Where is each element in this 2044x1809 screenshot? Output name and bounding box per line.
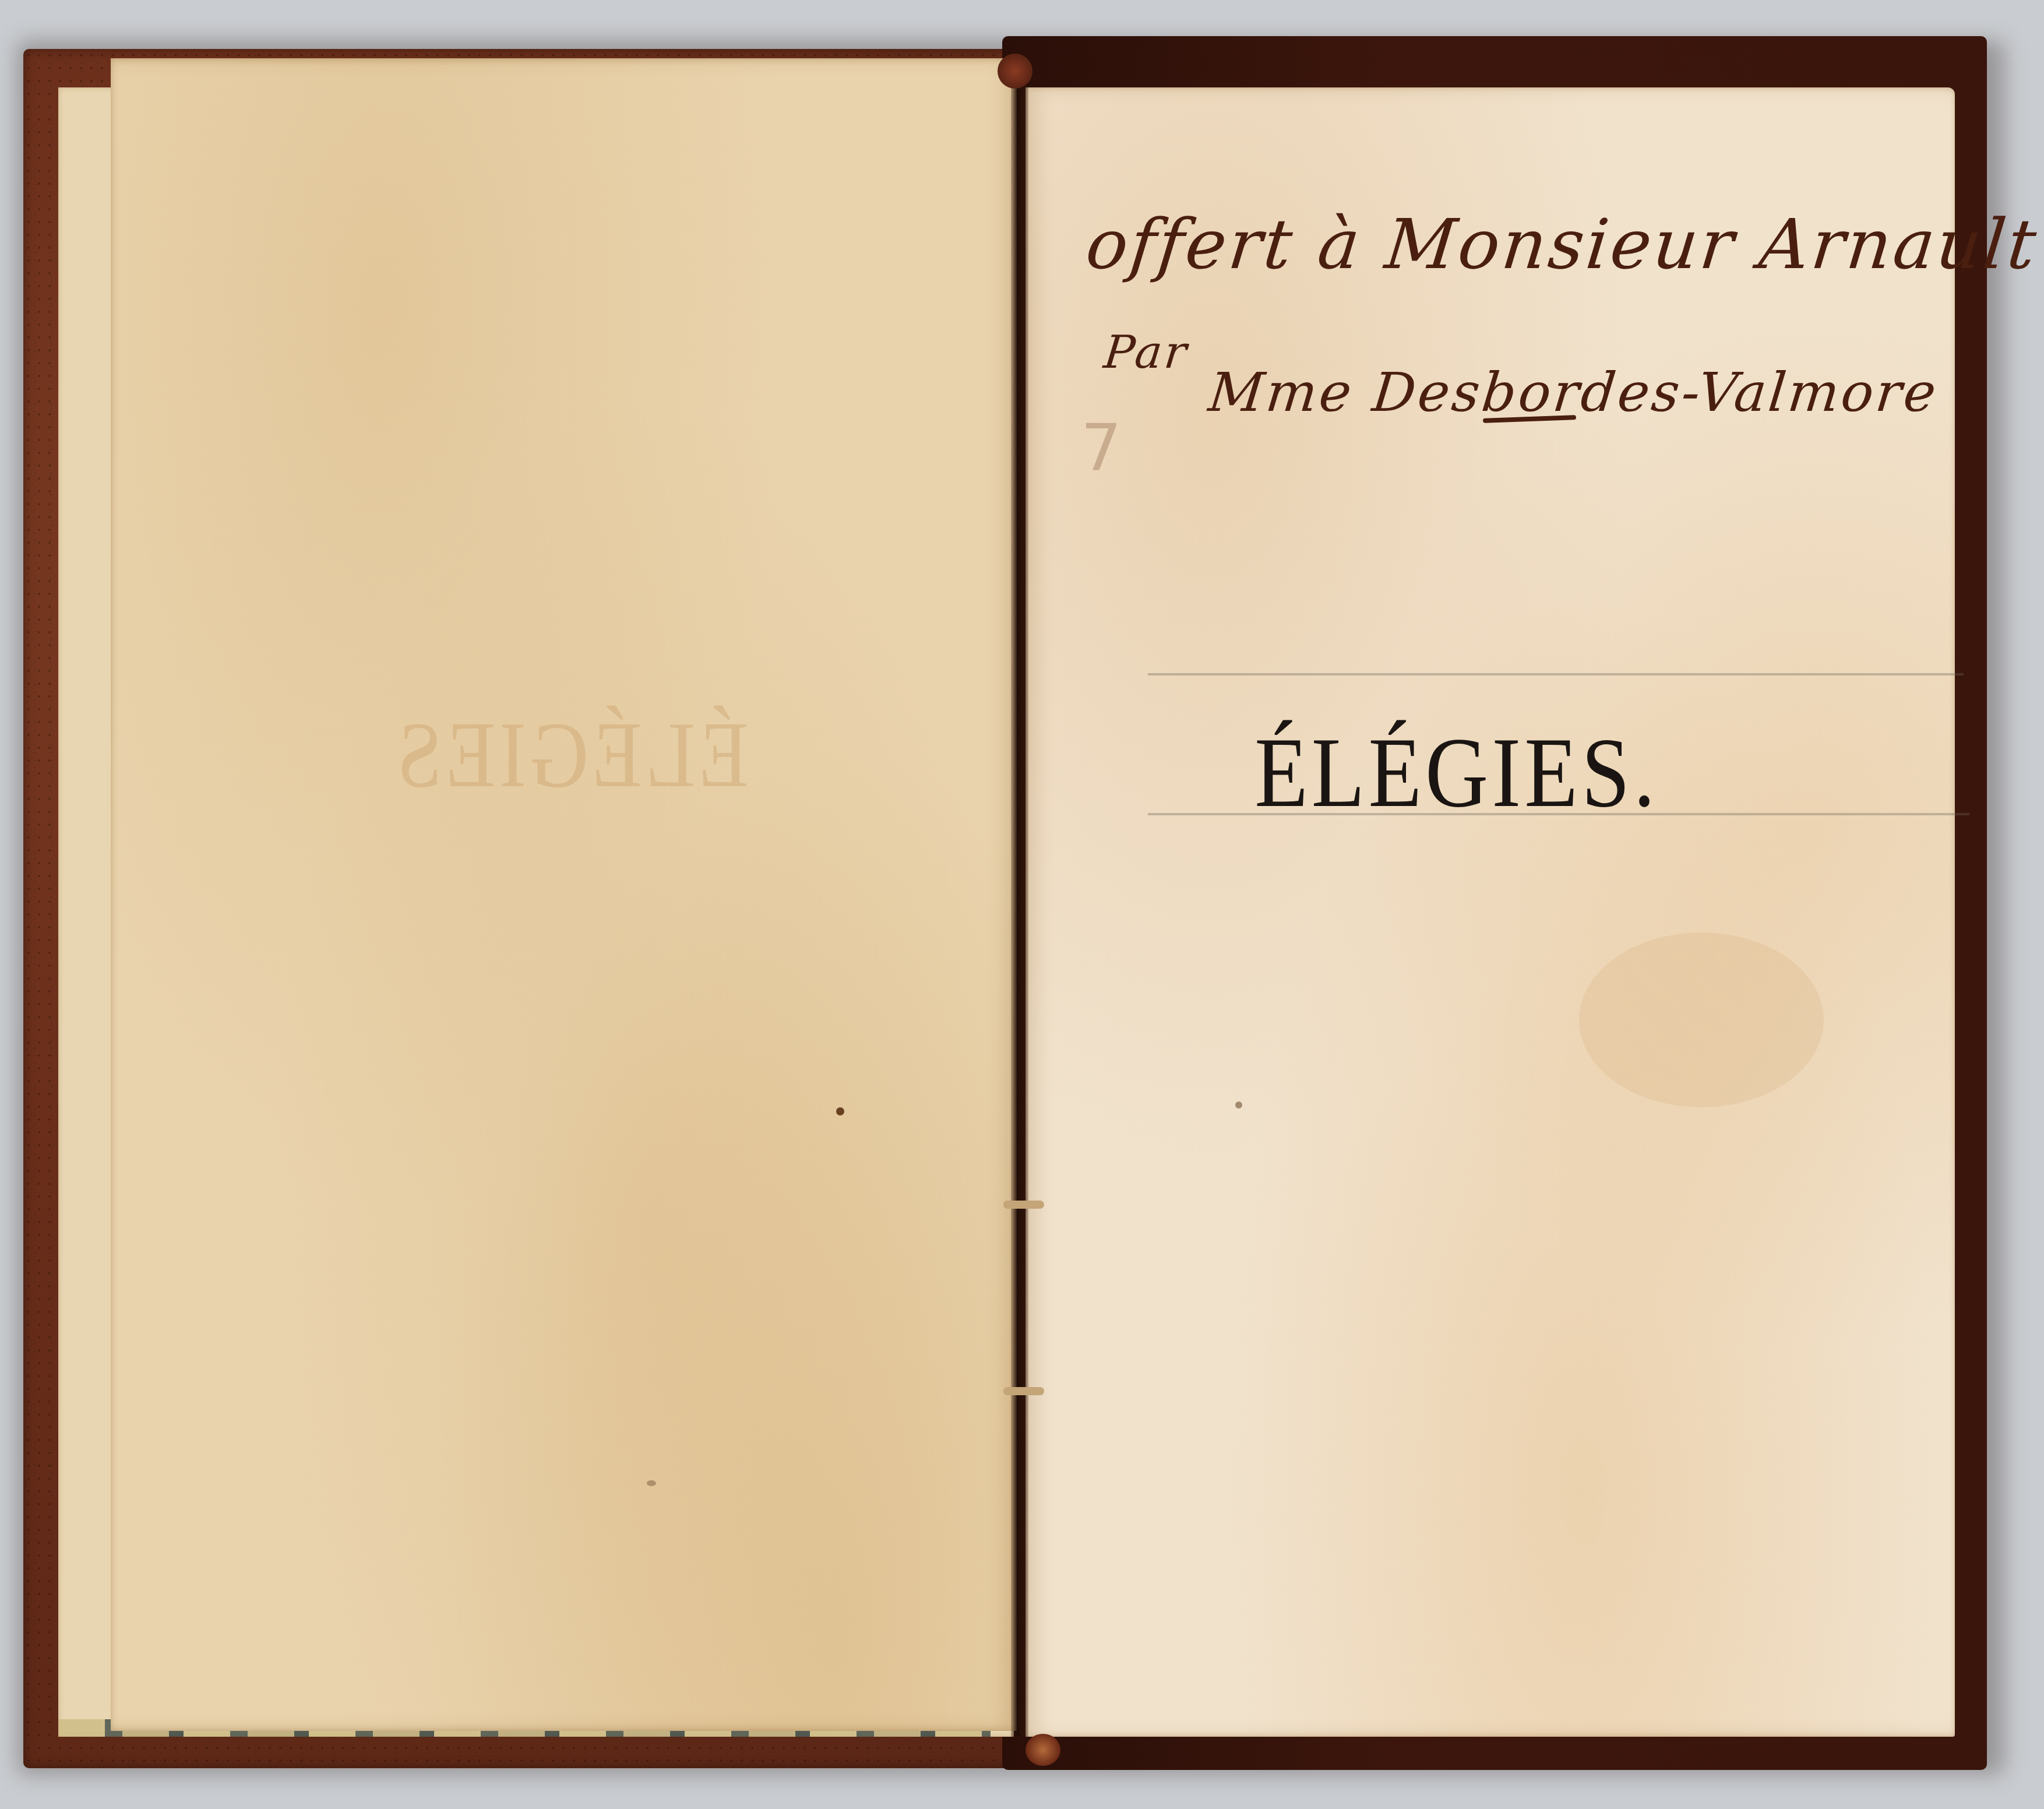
handwritten-author-signature: Mme Desbordes-Valmore (1206, 361, 1941, 424)
headband (998, 54, 1032, 89)
title-rule-bottom (1148, 813, 1969, 815)
foxing-spot (1235, 1101, 1242, 1108)
book-gutter (1011, 87, 1028, 1737)
pencil-mark: 7 (1081, 411, 1122, 485)
handwritten-dedication-line: offert à Monsieur Arnault (1083, 204, 2042, 284)
foxing-spot (647, 1480, 656, 1486)
binding-thread (1003, 1387, 1044, 1395)
binding-thread (1003, 1201, 1044, 1209)
water-stain (1579, 932, 1824, 1107)
title-rule-top (1148, 673, 1964, 675)
tailband (1025, 1734, 1060, 1766)
mirrored-title-offset: ÉLÉGIES (367, 701, 775, 809)
handwritten-par: Par (1101, 326, 1191, 379)
ink-spot (836, 1107, 844, 1115)
left-page (111, 58, 1017, 1731)
